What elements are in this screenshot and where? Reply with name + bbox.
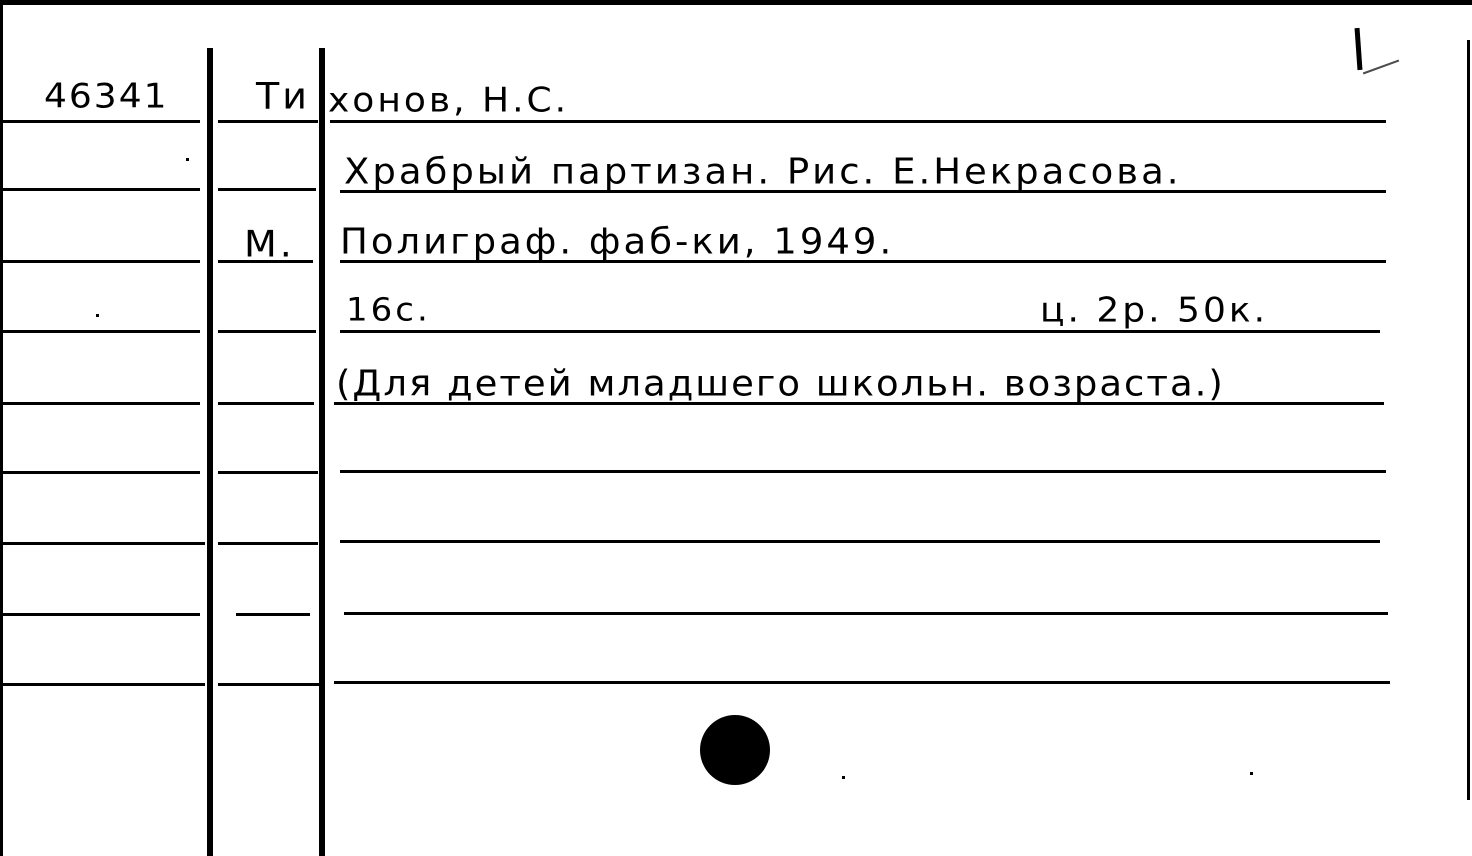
speck xyxy=(186,158,189,161)
rule-left-8 xyxy=(0,613,200,616)
corner-mark-stroke xyxy=(1363,60,1399,75)
rule-main-1 xyxy=(330,120,1386,123)
rule-main-7 xyxy=(340,540,1380,543)
audience-note: (Для детей младшего школьн. возраста.) xyxy=(336,363,1225,404)
rule-main-8 xyxy=(344,612,1388,615)
card-border-left xyxy=(0,0,3,856)
rule-mid-6 xyxy=(218,471,318,474)
page-count: 16с. xyxy=(346,291,431,329)
column-rule-left xyxy=(207,48,213,856)
book-title: Храбрый партизан. Рис. Е.Некрасова. xyxy=(344,151,1182,192)
card-border-right xyxy=(1467,40,1470,800)
rule-mid-1 xyxy=(218,120,318,123)
rule-mid-4 xyxy=(218,330,316,333)
rule-left-5 xyxy=(0,402,200,405)
publisher-year: Полиграф. фаб-ки, 1949. xyxy=(340,221,894,262)
author-prefix: Ти xyxy=(256,75,310,117)
rule-left-2 xyxy=(0,188,200,191)
rule-mid-5 xyxy=(218,402,314,405)
rule-main-9 xyxy=(334,681,1390,684)
rule-left-1 xyxy=(0,120,200,123)
column-rule-right xyxy=(319,48,325,856)
speck xyxy=(96,314,99,317)
punch-hole-icon xyxy=(700,715,770,785)
rule-mid-8 xyxy=(236,613,310,616)
price: ц. 2р. 50к. xyxy=(1040,291,1268,330)
rule-mid-7 xyxy=(218,542,318,545)
author-name: хонов, Н.С. xyxy=(328,81,569,120)
speck xyxy=(1250,772,1253,775)
rule-mid-9 xyxy=(218,683,322,686)
speck xyxy=(842,776,845,779)
rule-main-6 xyxy=(340,470,1386,473)
rule-left-7 xyxy=(0,542,205,545)
rule-main-4 xyxy=(340,330,1380,333)
corner-mark-icon xyxy=(1355,28,1363,70)
rule-left-6 xyxy=(0,471,200,474)
call-number: 46341 xyxy=(44,77,169,116)
rule-mid-2 xyxy=(218,188,316,191)
catalog-card: 46341 Ти хонов, Н.С. Храбрый партизан. Р… xyxy=(0,0,1472,856)
card-border-top xyxy=(0,0,1472,5)
publication-place: М. xyxy=(244,223,295,265)
rule-left-3 xyxy=(0,260,200,263)
rule-left-4 xyxy=(0,330,200,333)
rule-left-9 xyxy=(0,683,205,686)
